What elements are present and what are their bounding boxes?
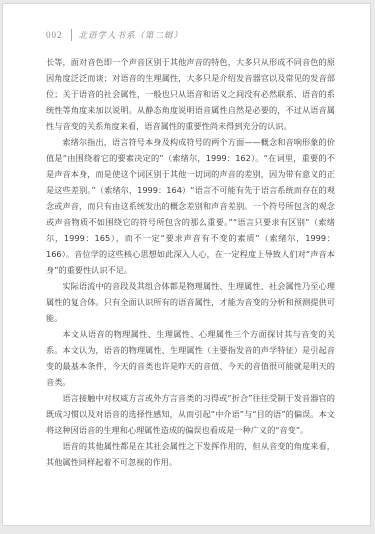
paragraph: 长等，面对音色即一个声音区别于其他声音的特色，大多只从形成不同音色的原因角度泛泛… bbox=[46, 54, 335, 134]
paragraph: 实际语流中的音段及其组合体都是物理属性、生理属性、社会属性乃至心理属性的复合体。… bbox=[46, 278, 335, 326]
book-page: 002 北语学人书系（第二辑） 长等，面对音色即一个声音区别于其他声音的特色，大… bbox=[2, 3, 371, 526]
page-header: 002 北语学人书系（第二辑） bbox=[46, 28, 370, 42]
header-divider bbox=[71, 29, 72, 41]
text-block: 长等，面对音色即一个声音区别于其他声音的特色，大多只从形成不同音色的原因角度泛泛… bbox=[46, 54, 335, 470]
page-number: 002 bbox=[46, 30, 63, 40]
paragraph: 语音的其他属性都是在其社会属性之下发挥作用的，但从音变的角度来看，其他属性同样起… bbox=[46, 438, 335, 470]
paragraph: 索绪尔指出，语言符号本身及构成符号的两个方面——概念和音响形象的价值是“由围绕着… bbox=[46, 134, 335, 278]
paragraph: 本文从语音的物理属性、生理属性、心理属性三个方面探讨其与音变的关系。本文认为，语… bbox=[46, 326, 335, 390]
paragraph: 语言接触中对权威方言或外方言音类的习得或“折合”往往受制于发音器官的既成习惯以及… bbox=[46, 390, 335, 438]
series-title: 北语学人书系（第二辑） bbox=[79, 29, 184, 41]
